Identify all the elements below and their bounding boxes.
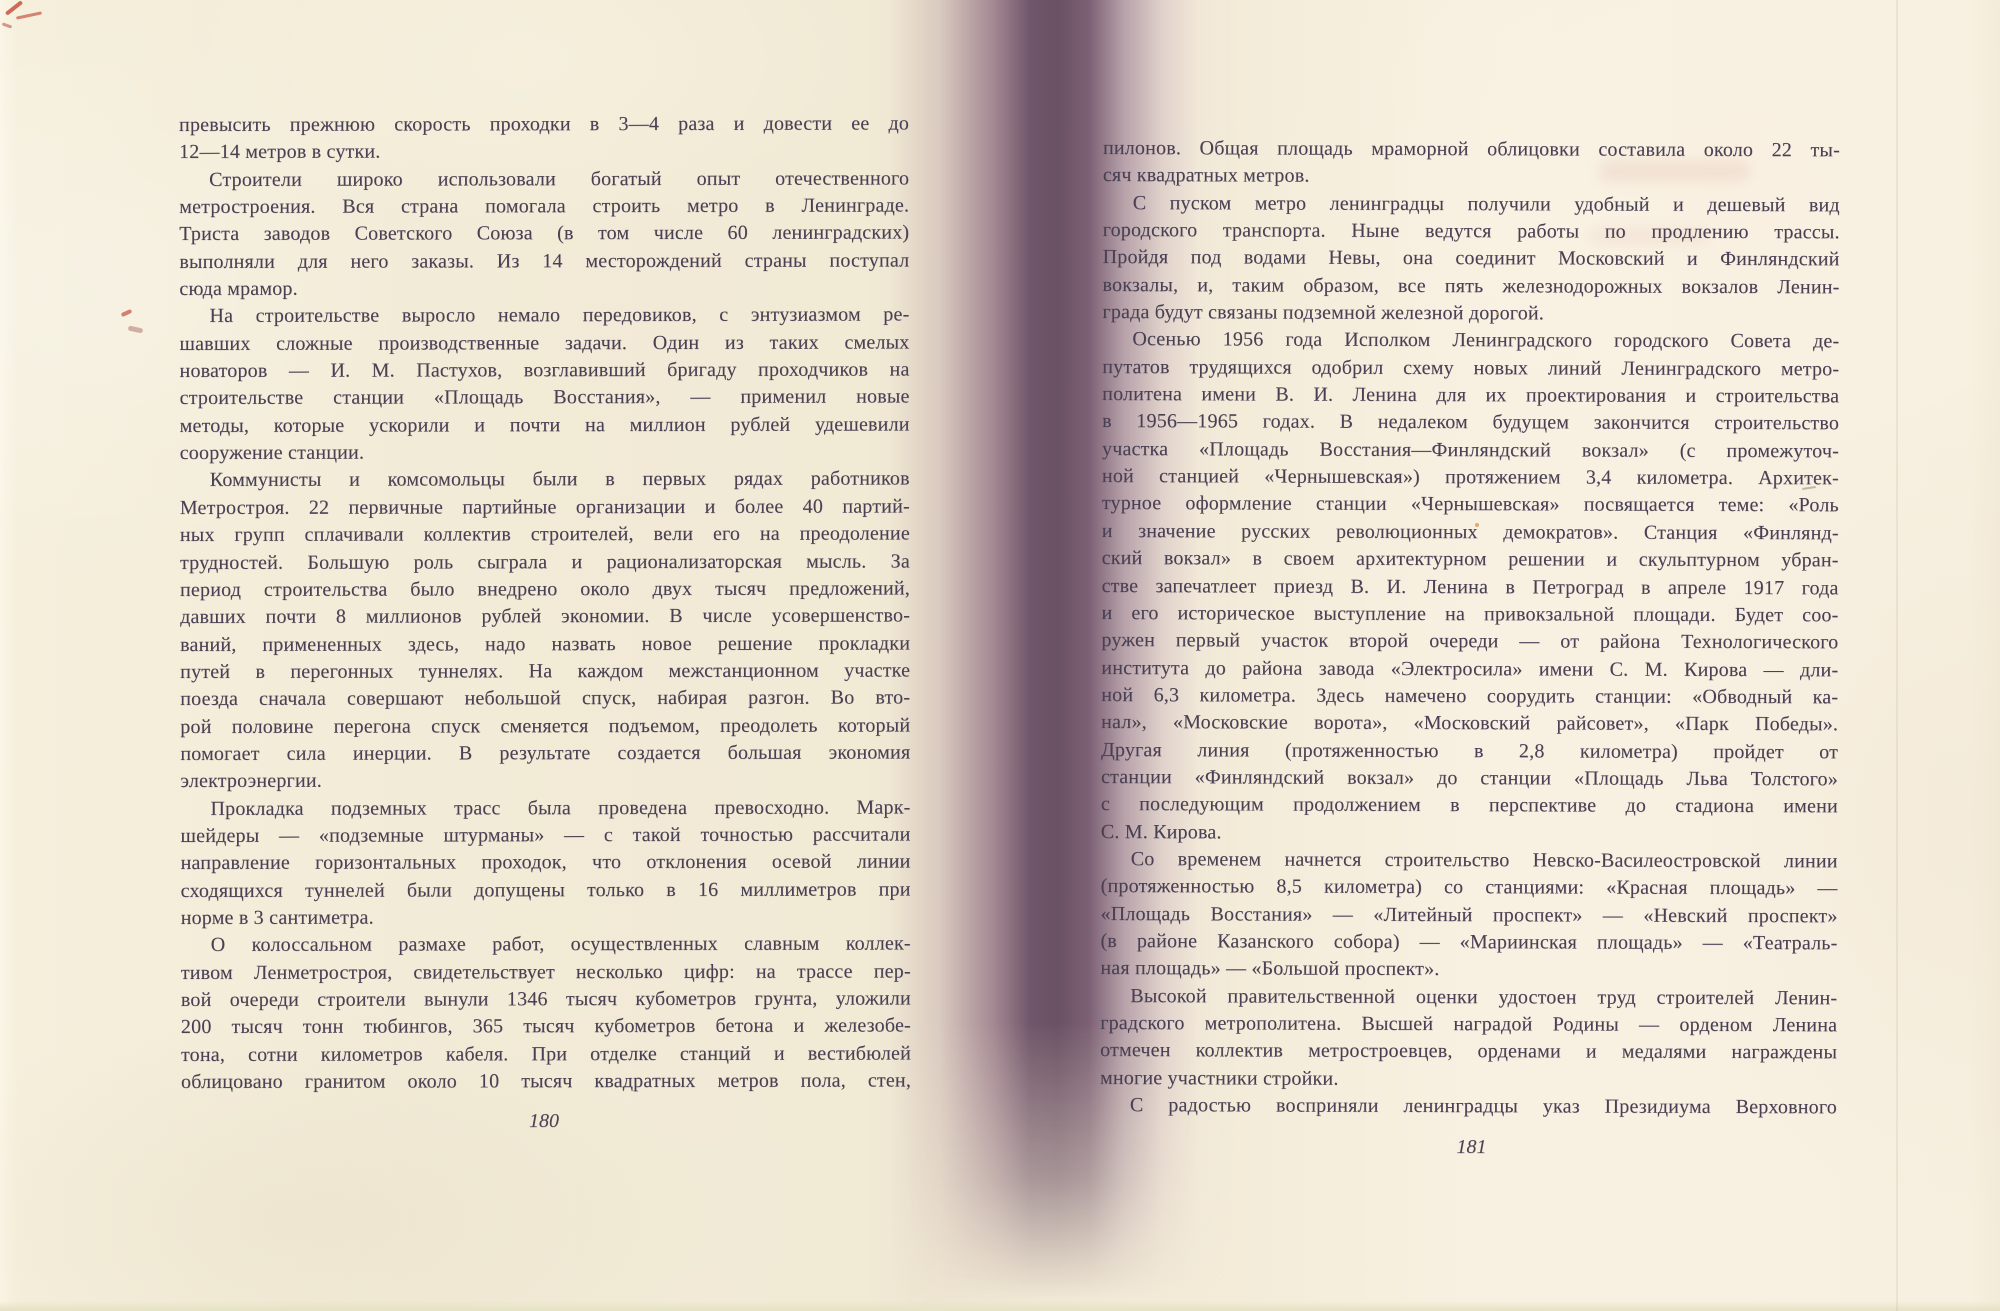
text-line: градского метрополитена. Высшей наградой… bbox=[1100, 1010, 1837, 1040]
text-line: С пуском метро ленинградцы получили удоб… bbox=[1103, 190, 1840, 220]
text-line: сходящихся туннелей были допущены только… bbox=[181, 876, 911, 905]
text-line: 12—14 метров в сутки. bbox=[179, 138, 909, 167]
text-line: Пройдя под водами Невы, она соединит Мос… bbox=[1103, 244, 1840, 274]
red-pen-mark bbox=[128, 325, 144, 333]
text-line: ных групп сплачивали коллектив строителе… bbox=[180, 521, 910, 550]
text-line: новаторов — И. М. Пастухов, возглавивший… bbox=[180, 357, 910, 386]
text-line: ваний, примененных здесь, надо назвать н… bbox=[180, 630, 910, 659]
page-right-edge-crease bbox=[1896, 0, 1898, 1311]
text-line: ский вокзал» в своем архитектурном решен… bbox=[1102, 545, 1839, 575]
text-line: Другая линия (протяженностью в 2,8 килом… bbox=[1101, 737, 1838, 767]
red-pen-mark bbox=[5, 0, 23, 15]
text-line: поезда сначала совершают небольшой спуск… bbox=[180, 685, 910, 714]
text-line: На строительстве выросло немало передови… bbox=[179, 302, 909, 331]
text-line: института до района завода «Электросила»… bbox=[1101, 655, 1838, 685]
text-line: ружен первый участок второй очереди — от… bbox=[1101, 627, 1838, 657]
text-line: и его историческое выступление на привок… bbox=[1101, 600, 1838, 630]
text-line: давших почти 8 миллионов рублей экономии… bbox=[180, 603, 910, 632]
text-line: станции «Финляндский вокзал» до станции … bbox=[1101, 764, 1838, 794]
text-line: с последующим продолжением в перспективе… bbox=[1101, 791, 1838, 821]
text-line: ная площадь» — «Большой проспект». bbox=[1100, 955, 1837, 985]
text-line: 200 тысяч тонн тюбингов, 365 тысяч кубом… bbox=[181, 1013, 911, 1042]
text-line: направление горизонтальных проходок, что… bbox=[181, 849, 911, 878]
text-line: метростроения. Вся страна помогала строи… bbox=[179, 193, 909, 222]
page-bottom-edge bbox=[0, 1301, 2000, 1311]
red-pen-mark bbox=[121, 309, 133, 317]
text-line: Прокладка подземных трасс была проведена… bbox=[180, 794, 910, 823]
text-line: Строители широко использовали богатый оп… bbox=[179, 165, 909, 194]
text-line: Коммунисты и комсомольцы были в первых р… bbox=[180, 466, 910, 495]
text-line: пилонов. Общая площадь мраморной облицов… bbox=[1103, 135, 1840, 165]
text-line: Осенью 1956 года Исполком Ленинградского… bbox=[1102, 326, 1839, 356]
red-pen-mark bbox=[16, 11, 42, 19]
text-line: Метростроя. 22 первичные партийные орган… bbox=[180, 493, 910, 522]
text-line: турное оформление станции «Чернышевская»… bbox=[1102, 490, 1839, 520]
text-line: ной станцией «Чернышевская») протяжением… bbox=[1102, 463, 1839, 493]
right-page-text: пилонов. Общая площадь мраморной облицов… bbox=[1100, 135, 1840, 1122]
text-line: многие участники стройки. bbox=[1100, 1065, 1837, 1095]
text-line: нал», «Московские ворота», «Московский р… bbox=[1101, 709, 1838, 739]
text-line: путей в перегонных туннелях. На каждом м… bbox=[180, 657, 910, 686]
text-line: период строительства было внедрено около… bbox=[180, 575, 910, 604]
text-line: и значение русских революционных демокра… bbox=[1102, 518, 1839, 548]
red-pen-mark bbox=[2, 22, 12, 28]
text-line: вокзалы, и, таким образом, все пять желе… bbox=[1102, 272, 1839, 302]
text-line: града будут связаны подземной железной д… bbox=[1102, 299, 1839, 329]
text-line: путатов трудящихся одобрил схему новых л… bbox=[1102, 354, 1839, 384]
text-line: норме в 3 сантиметра. bbox=[181, 903, 911, 932]
text-line: Триста заводов Советского Союза (в том ч… bbox=[179, 220, 909, 249]
text-line: ной 6,3 километра. Здесь намечено сооруд… bbox=[1101, 682, 1838, 712]
text-line: городского транспорта. Ныне ведутся рабо… bbox=[1103, 217, 1840, 247]
text-line: О колоссальном размахе работ, осуществле… bbox=[181, 931, 911, 960]
text-line: превысить прежнюю скорость проходки в 3—… bbox=[179, 110, 909, 139]
text-line: Высокой правительственной оценки удостое… bbox=[1100, 983, 1837, 1013]
text-line: политена имени В. И. Ленина для их проек… bbox=[1102, 381, 1839, 411]
right-page-number: 181 bbox=[1103, 1136, 1840, 1159]
text-line: (протяженностью 8,5 километра) со станци… bbox=[1101, 873, 1838, 903]
text-line: участка «Площадь Восстания—Финляндский в… bbox=[1102, 436, 1839, 466]
text-line: вой очереди строители вынули 1346 тысяч … bbox=[181, 985, 911, 1014]
text-line: тивом Ленметростроя, свидетельствует нес… bbox=[181, 958, 911, 987]
text-line: методы, которые ускорили и почти на милл… bbox=[180, 411, 910, 440]
text-line: тона, сотни километров кабеля. При отдел… bbox=[181, 1040, 911, 1069]
text-line: в 1956—1965 годах. В недалеком будущем з… bbox=[1102, 408, 1839, 438]
text-line: электроэнергии. bbox=[180, 767, 910, 796]
text-line: сооружение станции. bbox=[180, 439, 910, 468]
text-line: «Площадь Восстания» — «Литейный проспект… bbox=[1101, 901, 1838, 931]
text-line: С радостью восприняли ленинградцы указ П… bbox=[1100, 1092, 1837, 1122]
text-line: сяч квадратных метров. bbox=[1103, 162, 1840, 192]
left-page-text: превысить прежнюю скорость проходки в 3—… bbox=[179, 110, 911, 1096]
text-line: (в районе Казанского собора) — «Мариинск… bbox=[1100, 928, 1837, 958]
left-page-number: 180 bbox=[179, 1110, 909, 1133]
text-line: С. М. Кирова. bbox=[1101, 819, 1838, 849]
text-line: шавших сложные производственные задачи. … bbox=[179, 329, 909, 358]
text-line: шейдеры — «подземные штурманы» — с такой… bbox=[180, 821, 910, 850]
text-line: сюда мрамор. bbox=[179, 275, 909, 304]
text-line: отмечен коллектив метростроевцев, ордена… bbox=[1100, 1037, 1837, 1067]
text-line: трудностей. Большую роль сыграла и рацио… bbox=[180, 548, 910, 577]
text-line: облицовано гранитом около 10 тысяч квадр… bbox=[181, 1068, 911, 1097]
text-line: рой половине перегона спуск сменяется по… bbox=[180, 712, 910, 741]
text-line: строительстве станции «Площадь Восстания… bbox=[180, 384, 910, 413]
text-line: выполняли для него заказы. Из 14 месторо… bbox=[179, 247, 909, 276]
text-line: стве запечатлеет приезд В. И. Ленина в П… bbox=[1102, 572, 1839, 602]
text-line: Со временем начнется строительство Невск… bbox=[1101, 846, 1838, 876]
text-line: помогает сила инерции. В результате созд… bbox=[180, 739, 910, 768]
